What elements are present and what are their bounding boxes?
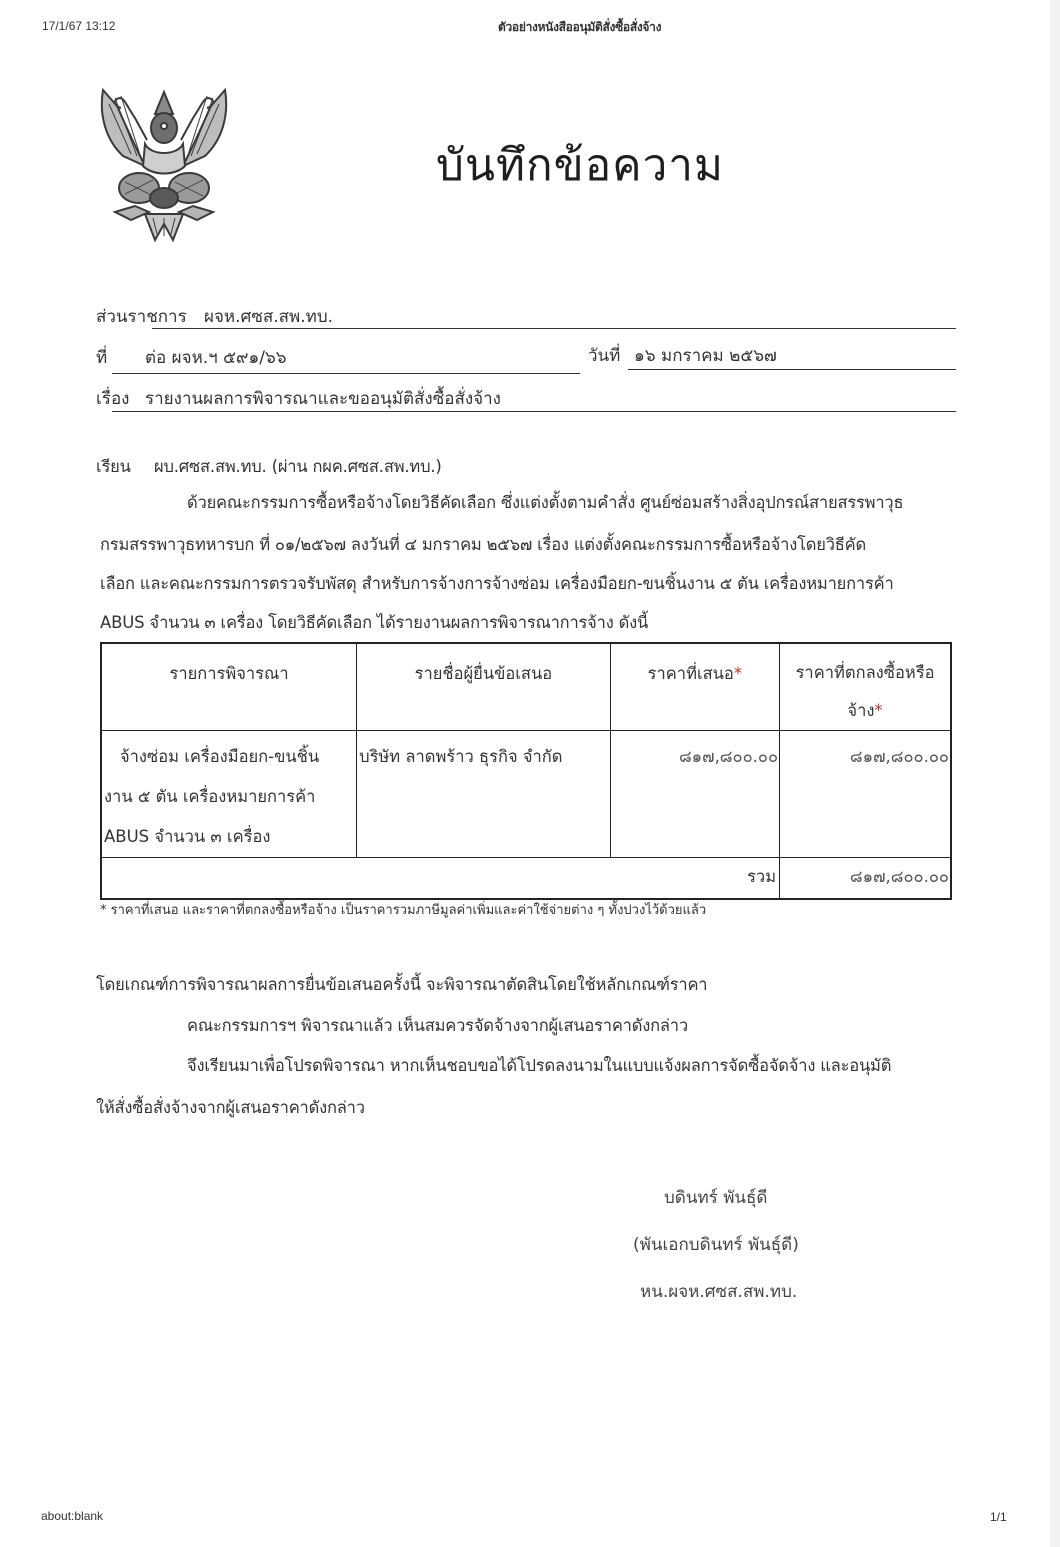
signature-position: หน.ผจห.ศซส.สพ.ทบ. <box>640 1278 797 1305</box>
print-title: ตัวอย่างหนังสืออนุมัติสั่งซื้อสั่งจ้าง <box>498 18 661 37</box>
col-header-offered-price: ราคาที่เสนอ* <box>610 643 779 731</box>
subject-underline <box>112 411 956 412</box>
intro-line-1: ด้วยคณะกรรมการซื้อหรือจ้างโดยวิธีคัดเลือ… <box>187 490 903 516</box>
signature-full-name: (พันเอกบดินทร์ พันธุ์ดี) <box>633 1231 799 1258</box>
ref-label: ที่ <box>96 344 107 371</box>
table-header-row: รายการพิจารณา รายชื่อผู้ยื่นข้อเสนอ ราคา… <box>101 643 951 731</box>
salutation-value: ผบ.ศซส.สพ.ทบ. (ผ่าน กผค.ศซส.สพ.ทบ.) <box>154 454 442 480</box>
agency-label: ส่วนราชการ <box>96 303 187 330</box>
subject-label: เรื่อง <box>96 385 129 412</box>
total-row: รวม ๘๑๗,๘๐๐.๐๐ <box>101 858 951 899</box>
body-line-3: จึงเรียนมาเพื่อโปรดพิจารณา หากเห็นชอบขอไ… <box>187 1053 891 1079</box>
agreed-price-cell: ๘๑๗,๘๐๐.๐๐ <box>780 731 951 858</box>
asterisk-mark: * <box>734 664 742 683</box>
proposal-table: รายการพิจารณา รายชื่อผู้ยื่นข้อเสนอ ราคา… <box>100 642 952 900</box>
document-title: บันทึกข้อความ <box>436 130 724 200</box>
total-label-cell: รวม <box>101 858 780 899</box>
signature-name: บดินทร์ พันธุ์ดี <box>664 1184 767 1211</box>
item-cell: จ้างซ่อม เครื่องมือยก-ขนชิ้น งาน ๕ ตัน เ… <box>101 731 357 858</box>
print-page-number: 1/1 <box>990 1510 1007 1524</box>
body-line-1: โดยเกณฑ์การพิจารณาผลการยื่นข้อเสนอครั้งน… <box>96 972 707 998</box>
ref-underline <box>112 373 580 374</box>
date-value: ๑๖ มกราคม ๒๕๖๗ <box>634 342 777 369</box>
agency-value: ผจห.ศซส.สพ.ทบ. <box>204 303 333 330</box>
col-header-item: รายการพิจารณา <box>101 643 357 731</box>
garuda-emblem-icon <box>95 84 233 244</box>
total-value-cell: ๘๑๗,๘๐๐.๐๐ <box>780 858 951 899</box>
date-label: วันที่ <box>588 342 620 369</box>
agency-underline <box>152 328 956 329</box>
print-url: about:blank <box>41 1509 103 1523</box>
table-row: จ้างซ่อม เครื่องมือยก-ขนชิ้น งาน ๕ ตัน เ… <box>101 731 951 858</box>
intro-line-3: เลือก และคณะกรรมการตรวจรับพัสดุ สำหรับกา… <box>100 571 894 597</box>
bidder-cell: บริษัท ลาดพร้าว ธุรกิจ จำกัด <box>357 731 611 858</box>
price-footnote: * ราคาที่เสนอ และราคาที่ตกลงซื้อหรือจ้าง… <box>100 899 706 920</box>
date-underline <box>628 369 956 370</box>
intro-line-4: ABUS จำนวน ๓ เครื่อง โดยวิธีคัดเลือก ได้… <box>100 610 648 636</box>
print-datetime: 17/1/67 13:12 <box>42 19 115 33</box>
ref-value: ต่อ ผจห.ฯ ๕๙๑/๖๖ <box>145 344 287 371</box>
offered-price-cell: ๘๑๗,๘๐๐.๐๐ <box>610 731 779 858</box>
subject-value: รายงานผลการพิจารณาและขออนุมัติสั่งซื้อสั… <box>145 385 501 412</box>
salutation-label: เรียน <box>96 454 131 480</box>
body-line-4: ให้สั่งซื้อสั่งจ้างจากผู้เสนอราคาดังกล่า… <box>96 1095 365 1121</box>
page-edge <box>1050 0 1060 1547</box>
col-header-agreed-price: ราคาที่ตกลงซื้อหรือจ้าง* <box>780 643 951 731</box>
intro-line-2: กรมสรรพาวุธทหารบก ที่ ๐๑/๒๕๖๗ ลงวันที่ ๔… <box>100 532 866 558</box>
asterisk-mark: * <box>874 701 882 720</box>
col-header-bidder: รายชื่อผู้ยื่นข้อเสนอ <box>357 643 611 731</box>
body-line-2: คณะกรรมการฯ พิจารณาแล้ว เห็นสมควรจัดจ้าง… <box>187 1013 688 1039</box>
